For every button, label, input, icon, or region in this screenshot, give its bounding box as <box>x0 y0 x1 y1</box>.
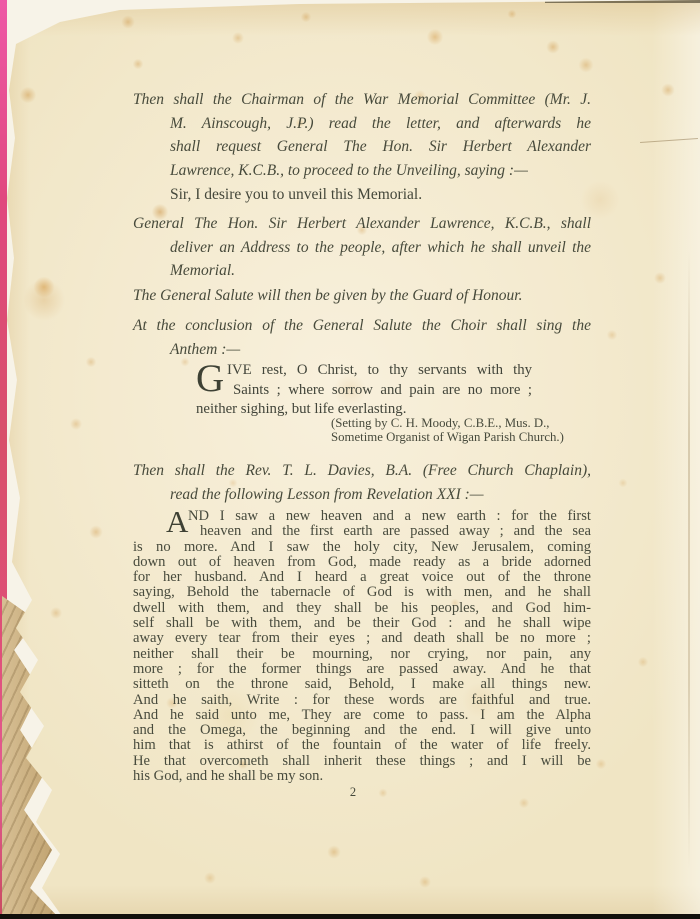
anthem-setting-credit: (Setting by C. H. Moody, C.B.E., Mus. D.… <box>331 416 593 444</box>
lesson-line: neither shall their be mourning, nor cry… <box>133 647 591 662</box>
lesson-line: saying, Behold the tabernacle of God is … <box>133 585 591 600</box>
lesson-line: is no more. And I saw the holy city, New… <box>133 540 591 555</box>
lesson-line: him that is athirst of the fountain of t… <box>133 738 591 753</box>
setting-line: (Setting by C. H. Moody, C.B.E., Mus. D.… <box>331 416 593 430</box>
rubric-line: Then shall the Chairman of the War Memor… <box>133 88 591 112</box>
lesson-line: heaven and the first earth are passed aw… <box>133 524 591 539</box>
anthem-line: IVE rest, O Christ, to thy servants with… <box>196 361 532 381</box>
lesson-line: away every tear from their eyes ; and de… <box>133 631 591 646</box>
lesson-line: down out of heaven from God, made ready … <box>133 555 591 570</box>
paper-page: Then shall the Chairman of the War Memor… <box>0 0 700 919</box>
page-number: 2 <box>133 785 573 800</box>
lesson-text: A ND I saw a new heaven and a new earth … <box>133 509 591 784</box>
rubric-salute: The General Salute will then be given by… <box>133 284 591 308</box>
anthem-dropcap: G <box>196 361 224 397</box>
rubric-line: deliver an Address to the people, after … <box>133 236 591 260</box>
paper-crease-horizontal <box>640 138 698 143</box>
rubric-lesson-intro: Then shall the Rev. T. L. Davies, B.A. (… <box>133 459 591 506</box>
lesson-line: sitteth on the throne said, Behold, I ma… <box>133 677 591 692</box>
lesson-line: his God, and he shall be my son. <box>133 769 591 784</box>
rubric-line: Lawrence, K.C.B., to proceed to the Unve… <box>133 159 591 183</box>
lesson-line: dwell with them, and they shall be his p… <box>133 601 591 616</box>
lesson-line: self shall be with them, and be their Go… <box>133 616 591 631</box>
lesson-line: And he said unto me, They are come to pa… <box>133 708 591 723</box>
paper-crease-vertical <box>688 250 690 870</box>
lesson-line: more ; for the former things are passed … <box>133 662 591 677</box>
lesson-line: ND I saw a new heaven and a new earth : … <box>133 509 591 524</box>
anthem-text: G IVE rest, O Christ, to thy servants wi… <box>196 361 532 420</box>
anthem-line: Saints ; where sorrow and pain are no mo… <box>196 381 532 401</box>
rubric-line: Memorial. <box>133 259 591 283</box>
rubric-line: M. Ainscough, J.P.) read the letter, and… <box>133 112 591 136</box>
rubric-line: At the conclusion of the General Salute … <box>133 314 591 338</box>
lesson-line: for her husband. And I heard a great voi… <box>133 570 591 585</box>
rubric-line: The General Salute will then be given by… <box>133 284 591 308</box>
versicle-unveil: Sir, I desire you to unveil this Memoria… <box>133 183 591 207</box>
versicle-line: Sir, I desire you to unveil this Memoria… <box>133 183 591 207</box>
top-edge-shadow <box>545 0 700 3</box>
setting-line: Sometime Organist of Wigan Parish Church… <box>331 430 593 444</box>
scanned-page: Then shall the Chairman of the War Memor… <box>0 0 700 919</box>
lesson-line: and the Omega, the beginning and the end… <box>133 723 591 738</box>
rubric-address: General The Hon. Sir Herbert Alexander L… <box>133 212 591 283</box>
rubric-chairman: Then shall the Chairman of the War Memor… <box>133 88 591 182</box>
rubric-line: Then shall the Rev. T. L. Davies, B.A. (… <box>133 459 591 483</box>
rubric-line: shall request General The Hon. Sir Herbe… <box>133 135 591 159</box>
lesson-line: He that overcometh shall inherit these t… <box>133 754 591 769</box>
rubric-anthem-intro: At the conclusion of the General Salute … <box>133 314 591 361</box>
rubric-line: read the following Lesson from Revelatio… <box>133 483 591 507</box>
lesson-line: And he saith, Write : for these words ar… <box>133 693 591 708</box>
rubric-line: General The Hon. Sir Herbert Alexander L… <box>133 212 591 236</box>
lesson-dropcap: A <box>166 506 188 537</box>
bottom-scan-line <box>0 914 700 919</box>
